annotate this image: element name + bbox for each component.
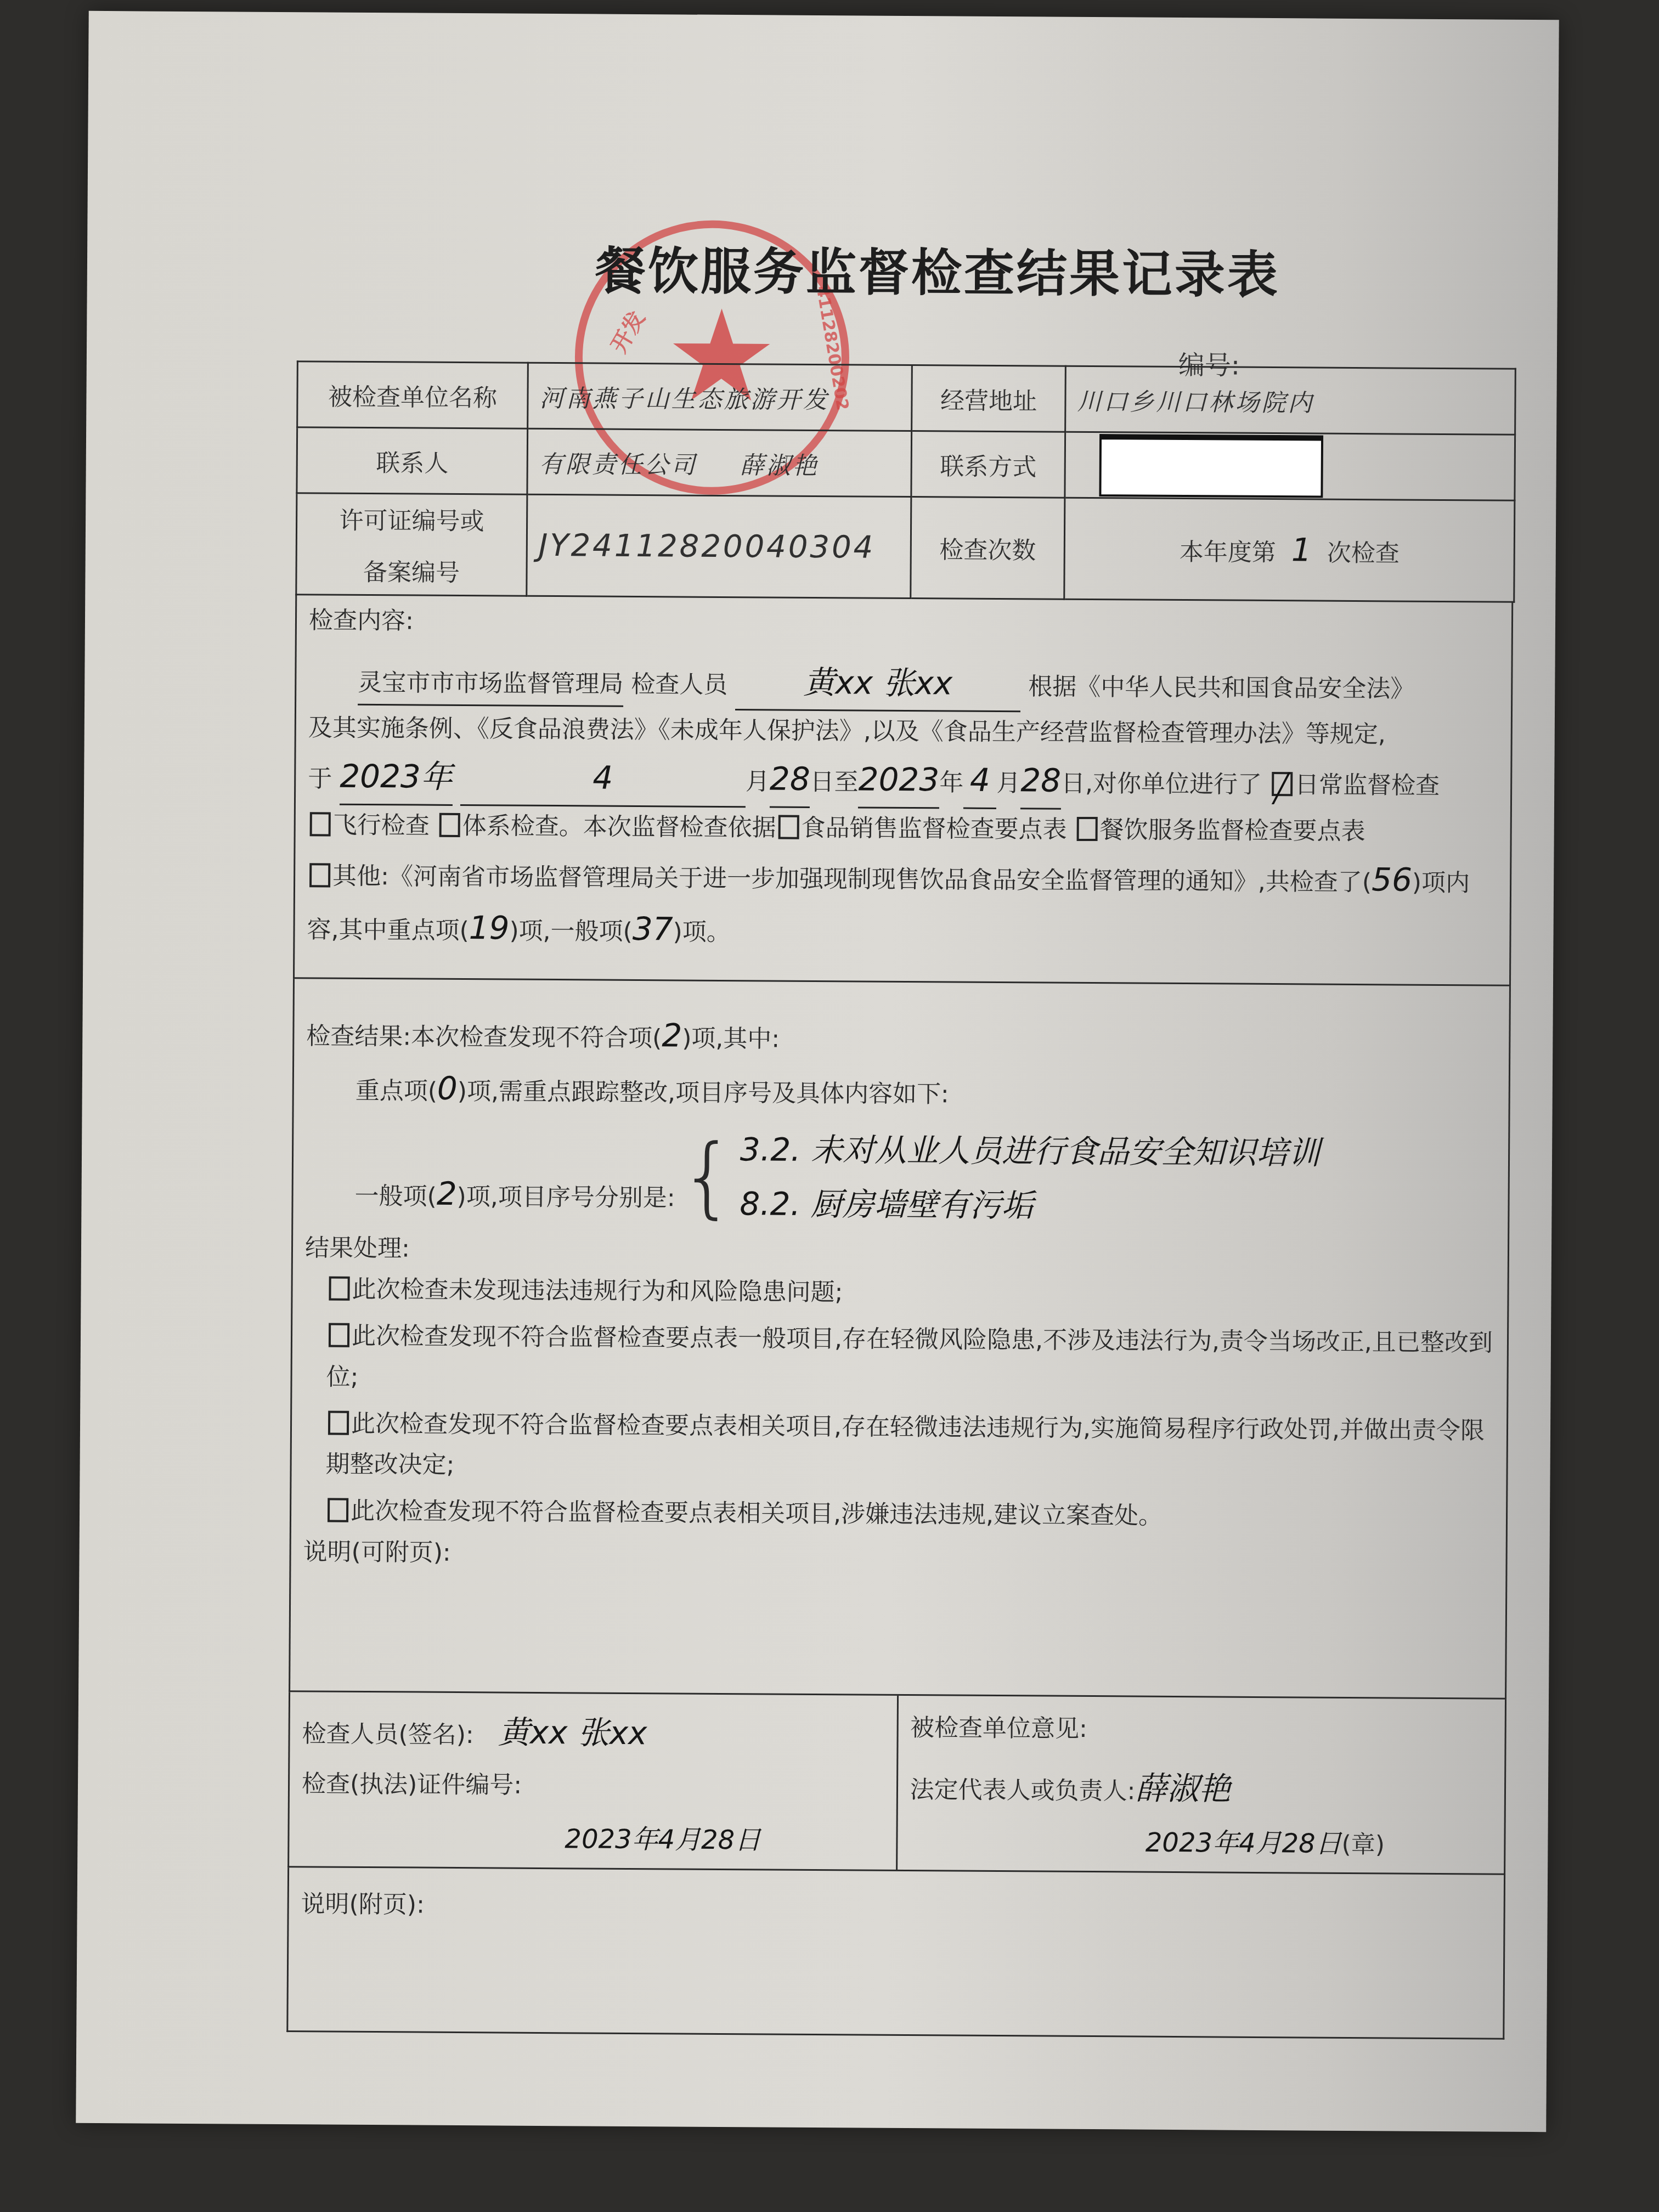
- inspection-count-value: 1: [1291, 531, 1312, 568]
- end-year: 2023: [858, 753, 939, 809]
- daily-inspection-checkbox[interactable]: [1272, 772, 1293, 796]
- contact-person-cell: 有限责任公司 薛淑艳: [527, 428, 912, 496]
- key-prefix: 重点项(: [356, 1076, 437, 1105]
- unit-name-value-line1: 河南燕子山生态旅游开发: [528, 363, 912, 431]
- finding-text: 未对从业人员进行食品安全知识培训: [811, 1131, 1320, 1172]
- food-sales-checklist-checkbox[interactable]: [778, 815, 799, 839]
- redaction-box: [1099, 434, 1323, 498]
- result-note-label: 说明(可附页):: [303, 1532, 1493, 1580]
- seal-label: (章): [1342, 1831, 1385, 1859]
- finding-no: 3.2.: [740, 1131, 801, 1169]
- other-basis-checkbox[interactable]: [309, 863, 330, 887]
- basis-doc-label: 本次监督检查依据: [583, 812, 776, 842]
- inspection-count-label: 检查次数: [911, 497, 1065, 600]
- header-info-table: 被检查单位名称 河南燕子山生态旅游开发 经营地址 川口乡川口林场院内 联系人 有…: [295, 360, 1516, 603]
- flight-inspection-checkbox[interactable]: [310, 812, 331, 836]
- key-items-value: 19: [469, 909, 510, 946]
- license-label-line2: 备案编号: [302, 552, 520, 588]
- start-day: 28: [770, 752, 810, 808]
- signature-section: 检查人员(签名): 黄xx 张xx 检查(执法)证件编号: 2023年4月28日…: [287, 1692, 1506, 1875]
- flight-inspection-label: 飞行检查: [333, 811, 430, 839]
- inspection-result-section: 检查结果:本次检查发现不符合项(2)项,其中: 重点项(0)项,需重点跟踪整改,…: [289, 979, 1511, 1700]
- system-inspection-label: 体系检查。: [462, 812, 583, 840]
- form-title: 餐饮服务监督检查结果记录表: [581, 230, 1295, 307]
- general-findings-list: 3.2. 未对从业人员进行食品安全知识培训 8.2. 厨房墙壁有污垢: [740, 1122, 1320, 1234]
- unit-name-label: 被检查单位名称: [297, 362, 528, 429]
- address-value: 川口乡川口林场院内: [1065, 366, 1516, 435]
- inspector-sign-label: 检查人员(签名):: [302, 1720, 473, 1749]
- inspector-signature: 黄xx 张xx: [735, 655, 1021, 713]
- legal-rep-signature: 薛淑艳: [1135, 1769, 1231, 1807]
- unit-sign-date: 2023年4月28日: [1145, 1827, 1342, 1859]
- contact-person-value: 薛淑艳: [740, 452, 819, 480]
- end-month: 4: [963, 753, 997, 809]
- handling-option: 此次检查发现不符合监督检查要点表一般项目,存在轻微风险隐患,不涉及违法行为,责令…: [304, 1316, 1495, 1405]
- day-label-tail: 日,对你单位进行了: [1061, 770, 1262, 799]
- inspector-label: 检查人员: [631, 670, 727, 699]
- inspector-sign-date: 2023年4月28日: [565, 1818, 884, 1864]
- general-findings-label: 一般项(2)项,项目序号分别是:: [354, 1166, 675, 1222]
- handling-option-checkbox[interactable]: [328, 1498, 348, 1522]
- daily-inspection-label: 日常监督检查: [1295, 771, 1440, 800]
- unit-opinion-block: 被检查单位意见: 法定代表人或负责人:薛淑艳 2023年4月28日(章): [896, 1696, 1505, 1874]
- finding-no: 8.2.: [740, 1185, 800, 1223]
- license-number-value: JY24112820040304: [527, 494, 911, 598]
- attachment-note-section: 说明(附页):: [286, 1867, 1505, 2040]
- key-count: 0: [437, 1069, 458, 1107]
- general-prefix: 一般项(: [354, 1182, 436, 1211]
- unit-name-value-line2: 有限责任公司: [539, 450, 697, 479]
- other-basis-label: 其他:《河南省市场监督管理局关于进一步加强现制现售饮品食品安全监督管理的通知》: [332, 862, 1258, 895]
- nonconforming-count: 2: [662, 1017, 682, 1054]
- inspection-count-suffix: 次检查: [1327, 539, 1400, 568]
- start-month: 4: [460, 750, 746, 808]
- handling-option-text: 此次检查发现不符合监督检查要点表相关项目,涉嫌违法违规,建议立案查处。: [351, 1497, 1163, 1530]
- end-day: 28: [1020, 753, 1061, 809]
- legal-rep-label: 法定代表人或负责人:: [910, 1776, 1135, 1805]
- handling-option-text: 此次检查发现不符合监督检查要点表一般项目,存在轻微风险隐患,不涉及违法行为,责令…: [326, 1322, 1493, 1391]
- result-line1-suffix: )项,其中:: [682, 1024, 780, 1053]
- general-items-value: 37: [633, 910, 673, 947]
- handling-option: 此次检查发现不符合监督检查要点表相关项目,涉嫌违法违规,建议立案查处。: [303, 1491, 1494, 1539]
- total-prefix: ,共检查了(: [1258, 867, 1372, 896]
- seal-text: 开发: [602, 304, 651, 358]
- handling-heading: 结果处理:: [305, 1228, 1496, 1277]
- inspection-count-prefix: 本年度第: [1180, 538, 1276, 567]
- legal-basis-prefix: 根据《中华人民共和国食品安全法》: [1028, 673, 1414, 703]
- legal-basis-line2: 及其实施条例、《反食品浪费法》《未成年人保护法》,以及《食品生产经营监督检查管理…: [308, 708, 1499, 757]
- inspection-count-cell: 本年度第 1 次检查: [1064, 498, 1515, 602]
- brace: {: [679, 1132, 736, 1221]
- license-label-line1: 许可证编号或: [303, 500, 521, 537]
- contact-method-label: 联系方式: [911, 431, 1065, 498]
- catering-checklist-label: 餐饮服务监督检查要点表: [1100, 816, 1365, 845]
- handling-option: 此次检查未发现违法违规行为和风险隐患问题;: [304, 1269, 1495, 1317]
- handling-option-checkbox[interactable]: [328, 1410, 349, 1435]
- date-prefix: 于: [308, 765, 332, 793]
- contact-person-label: 联系人: [297, 427, 528, 495]
- inspection-form-paper: ★ 开发 41128200202 餐饮服务监督检查结果记录表 编号: 被检查单位…: [76, 11, 1559, 2132]
- cert-number-label: 检查(执法)证件编号:: [302, 1764, 884, 1808]
- day-to-label: 日至: [810, 768, 858, 797]
- finding-item: 3.2. 未对从业人员进行食品安全知识培训: [740, 1122, 1321, 1180]
- general-suffix: )项。: [673, 918, 730, 947]
- total-items-value: 56: [1372, 861, 1412, 898]
- system-inspection-checkbox[interactable]: [439, 813, 460, 837]
- month-label: 月: [746, 768, 770, 795]
- handling-option-text: 此次检查发现不符合监督检查要点表相关项目,存在轻微违法违规行为,实施简易程序行政…: [325, 1409, 1485, 1479]
- food-sales-checklist-label: 食品销售监督检查要点表: [802, 814, 1067, 844]
- result-line1-prefix: 检查结果:本次检查发现不符合项(: [306, 1022, 662, 1052]
- year-label: 年: [939, 769, 963, 797]
- general-count: 2: [437, 1175, 457, 1212]
- content-heading: 检查内容:: [309, 600, 1499, 648]
- general-suffix-text: )项,项目序号分别是:: [457, 1183, 675, 1212]
- start-year: 2023年: [340, 749, 453, 806]
- finding-item: 8.2. 厨房墙壁有污垢: [740, 1177, 1320, 1234]
- inspector-sign-value: 黄xx 张xx: [498, 1713, 647, 1752]
- catering-checklist-checkbox[interactable]: [1077, 817, 1098, 841]
- handling-option: 此次检查发现不符合监督检查要点表相关项目,存在轻微违法违规行为,实施简易程序行政…: [303, 1403, 1494, 1493]
- general-mid: )项,一般项(: [509, 917, 633, 946]
- license-label: 许可证编号或 备案编号: [296, 493, 527, 596]
- address-label: 经营地址: [912, 365, 1066, 432]
- attachment-note-label: 说明(附页):: [301, 1884, 1491, 1932]
- handling-option-text: 此次检查未发现违法违规行为和风险隐患问题;: [352, 1276, 843, 1306]
- handling-option-checkbox[interactable]: [329, 1277, 349, 1301]
- agency-name: 灵宝市市市场监督管理局: [358, 663, 623, 707]
- unit-opinion-label: 被检查单位意见:: [910, 1708, 1493, 1752]
- contact-method-value: [1065, 432, 1515, 500]
- month-label-2: 月: [996, 769, 1020, 797]
- inspection-content-section: 检查内容: 灵宝市市市场监督管理局 检查人员 黄xx 张xx 根据《中华人民共和…: [293, 595, 1513, 986]
- key-suffix: )项,需重点跟踪整改,项目序号及具体内容如下:: [458, 1077, 949, 1108]
- handling-option-checkbox[interactable]: [329, 1323, 349, 1347]
- finding-text: 厨房墙壁有污垢: [810, 1186, 1033, 1224]
- inspector-signature-block: 检查人员(签名): 黄xx 张xx 检查(执法)证件编号: 2023年4月28日: [289, 1692, 896, 1870]
